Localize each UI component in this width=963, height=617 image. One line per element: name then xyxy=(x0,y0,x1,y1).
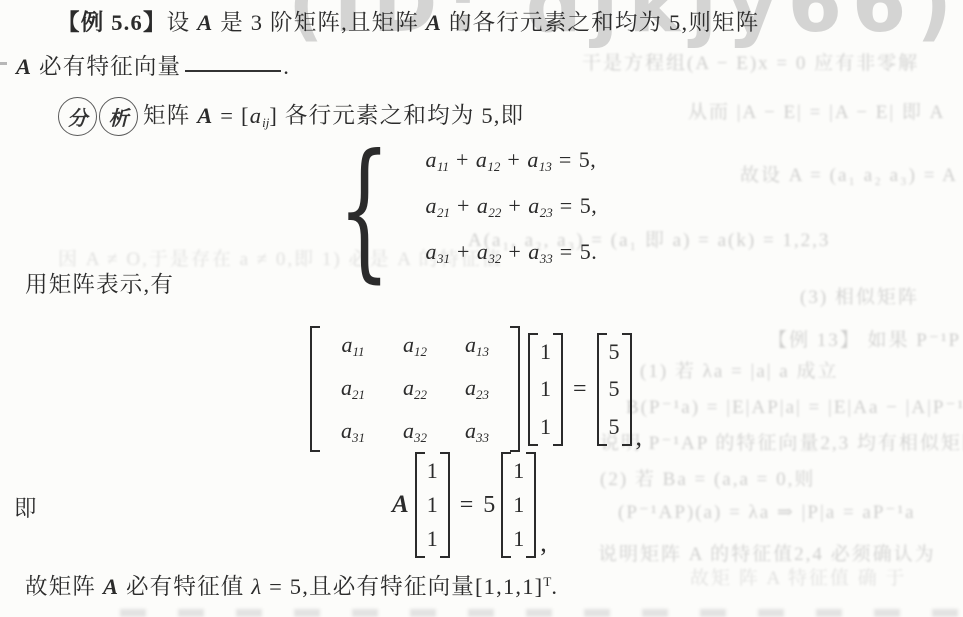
plus-sign: + xyxy=(500,147,527,172)
textbook-page: (ID: djkjy66) 干是方程组(A − E)x = 0 应有非零解 从而… xyxy=(0,0,963,617)
trailing-comma: , xyxy=(536,528,547,558)
equals-sign: = xyxy=(553,239,580,264)
vector-cell: 1 xyxy=(427,526,438,552)
trailing-comma: , xyxy=(632,422,643,452)
vector-cell: 1 xyxy=(540,339,551,365)
problem-text: 设 xyxy=(167,10,198,35)
matrix-cell: a32 xyxy=(403,418,427,446)
vector-cell: 5 xyxy=(609,376,620,402)
matrix-symbol: A xyxy=(426,10,442,35)
term: a xyxy=(425,239,437,264)
problem-statement-line2: A 必有特征向量. xyxy=(16,52,290,82)
matrix-symbol: A xyxy=(103,574,119,599)
equation-system: { a11+a12+a13=5, a21+a22+a23=5, a31+a32+… xyxy=(338,146,597,273)
conclusion-segment: 必有特征值 xyxy=(119,574,251,599)
vector-cell: 1 xyxy=(540,376,551,402)
vector-cell: 5 xyxy=(609,339,620,365)
plus-sign: + xyxy=(450,193,477,218)
vector-cell: 1 xyxy=(540,414,551,440)
plus-sign: + xyxy=(501,193,528,218)
matrix-cell: a23 xyxy=(465,375,489,403)
problem-statement-line1: 【例 5.6】设 A 是 3 阶矩阵,且矩阵 A 的各行元素之和均为 5,则矩阵 xyxy=(57,8,759,38)
ones-vector: 1 1 1 xyxy=(501,452,536,558)
system-brace: { xyxy=(338,151,390,269)
term: a xyxy=(528,193,540,218)
matrix-cell: a33 xyxy=(465,418,489,446)
bleed-through-text: (3) 相似矩阵 xyxy=(800,282,919,309)
matrix-cell: a11 xyxy=(341,332,364,360)
matrix-symbol: A xyxy=(392,491,409,519)
ones-vector: 1 1 1 xyxy=(415,452,450,558)
lambda-symbol: λ xyxy=(251,574,262,599)
result-vector-cells: 5 5 5 xyxy=(609,339,620,440)
bleed-through-text: 【例 13】 如果 P⁻¹P = A xyxy=(768,325,963,352)
ones-vector-cells: 1 1 1 xyxy=(513,458,524,552)
vector-cell: 1 xyxy=(513,492,524,518)
problem-text: 的各行元素之和均为 5,则矩阵 xyxy=(442,10,759,35)
term: a xyxy=(527,147,539,172)
matrix-cell: a31 xyxy=(341,418,365,446)
term: a xyxy=(477,239,489,264)
rhs-value: 5, xyxy=(580,193,598,218)
bleed-through-text: (2) 若 Ba = (a,a = 0,则 xyxy=(600,464,815,491)
term-subscript: 32 xyxy=(488,251,501,266)
analysis-badge-char-xi: 析 xyxy=(99,97,138,136)
analysis-text: 矩阵 A = [aij] 各行元素之和均为 5,即 xyxy=(143,101,524,132)
equals-sign: = xyxy=(450,492,484,519)
bleed-through-text: 说明矩阵 A 的特征值2,4 必须确认为 xyxy=(598,539,936,566)
bracket-open: [ xyxy=(241,103,250,128)
matrix-symbol: A xyxy=(16,54,32,79)
analysis-text-segment: 矩阵 xyxy=(143,103,197,128)
matrix-symbol: A xyxy=(197,10,213,35)
vector-cell: 5 xyxy=(609,414,620,440)
analysis-text-segment: 各行元素之和均为 5,即 xyxy=(278,103,524,128)
bleed-through-text: 干是方程组(A − E)x = 0 应有非零解 xyxy=(582,48,919,75)
equals-sign: = xyxy=(213,103,241,128)
plus-sign: + xyxy=(501,239,528,264)
coefficient-matrix: a11 a12 a13 a21 a22 a23 a31 a32 a33 xyxy=(310,326,520,452)
equals-sign: = xyxy=(553,193,580,218)
vector-cell: 1 xyxy=(427,458,438,484)
plus-sign: + xyxy=(450,239,477,264)
equals-sign: = xyxy=(563,376,597,403)
term: a xyxy=(528,239,540,264)
term-subscript: 33 xyxy=(540,251,553,266)
matrix-intro-text: 用矩阵表示,有 xyxy=(25,270,174,300)
bleed-through-text: (P⁻¹AP)(a) = λa ⇒ |P|a = aP⁻¹a xyxy=(618,501,916,524)
matrix-cell: a13 xyxy=(465,332,489,360)
term: a xyxy=(477,193,489,218)
conclusion-text: 故矩阵 A 必有特征值 λ = 5,且必有特征向量[1,1,1]T. xyxy=(25,572,558,602)
term-subscript: 23 xyxy=(540,205,553,220)
term-subscript: 12 xyxy=(487,159,500,174)
equation-row: a21+a22+a23=5, xyxy=(425,192,597,227)
eigenvector-text: [1,1,1] xyxy=(475,574,543,599)
term: a xyxy=(425,147,437,172)
bleed-through-text: 说明 P⁻¹AP 的特征向量2,3 均有相似矩阵 P 可 xyxy=(600,428,963,455)
analysis-badge-char-fen: 分 xyxy=(58,97,97,136)
conclusion-segment: 故矩阵 xyxy=(25,574,103,599)
ones-vector: 1 1 1 xyxy=(528,333,563,446)
matrix-cell: a21 xyxy=(341,375,365,403)
matrix-cell: a12 xyxy=(403,332,427,360)
eigen-equation: A 1 1 1 = 5 1 1 1 , xyxy=(392,452,547,558)
equation-row: a31+a32+a33=5. xyxy=(425,238,597,273)
vector-cell: 1 xyxy=(513,526,524,552)
namely-label: 即 xyxy=(14,494,38,524)
plus-sign: + xyxy=(449,147,476,172)
equals-sign: = xyxy=(552,147,579,172)
coefficient-matrix-cells: a11 a12 a13 a21 a22 a23 a31 a32 a33 xyxy=(322,332,508,446)
scan-artifact xyxy=(120,609,963,617)
vector-cell: 1 xyxy=(427,492,438,518)
matrix-cell: a22 xyxy=(403,375,427,403)
vector-cell: 1 xyxy=(513,458,524,484)
term: a xyxy=(476,147,488,172)
eigenvalue-coefficient: 5 xyxy=(483,492,495,519)
example-label: 【例 5.6】 xyxy=(57,10,167,35)
term-subscript: 31 xyxy=(437,251,450,266)
matrix-equation: a11 a12 a13 a21 a22 a23 a31 a32 a33 1 1 … xyxy=(310,326,642,452)
bracket-close: ] xyxy=(269,103,278,128)
matrix-symbol: A xyxy=(197,103,213,128)
term-subscript: 11 xyxy=(437,159,449,174)
scan-artifact xyxy=(0,62,7,65)
conclusion-segment: . xyxy=(551,574,558,599)
conclusion-segment: = 5,且必有特征向量 xyxy=(262,574,475,599)
problem-text: 必有特征向量 xyxy=(32,54,181,79)
rhs-value: 5, xyxy=(579,147,597,172)
matrix-entry-symbol: a xyxy=(250,103,262,128)
bleed-through-text: 故矩 阵 A 特征值 确 于 xyxy=(690,563,906,590)
rhs-value: 5. xyxy=(580,239,598,264)
term-subscript: 22 xyxy=(488,205,501,220)
term: a xyxy=(425,193,437,218)
equation-row: a11+a12+a13=5, xyxy=(425,146,597,181)
bleed-through-text: (1) 若 λa = |a| a 成立 xyxy=(640,356,839,383)
answer-blank xyxy=(185,67,281,72)
bleed-through-text: 从而 |A − E| = |A − E| 即 A xyxy=(688,97,945,124)
bleed-through-text: 故设 A = (a₁ a₂ a₃) = A 矩阵 xyxy=(740,160,963,187)
problem-text: 是 3 阶矩阵,且矩阵 xyxy=(213,10,425,35)
analysis-badge: 分 析 xyxy=(58,97,138,136)
ones-vector-cells: 1 1 1 xyxy=(427,458,438,552)
problem-text: . xyxy=(283,54,290,79)
result-vector: 5 5 5 xyxy=(597,333,632,446)
term-subscript: 13 xyxy=(539,159,552,174)
term-subscript: 21 xyxy=(437,205,450,220)
bleed-through-text: B(P⁻¹a) = |E|AP|a| = |E|Aa − |A|P⁻¹a xyxy=(626,396,963,419)
ones-vector-cells: 1 1 1 xyxy=(540,339,551,440)
system-rows: a11+a12+a13=5, a21+a22+a23=5, a31+a32+a3… xyxy=(425,146,597,273)
